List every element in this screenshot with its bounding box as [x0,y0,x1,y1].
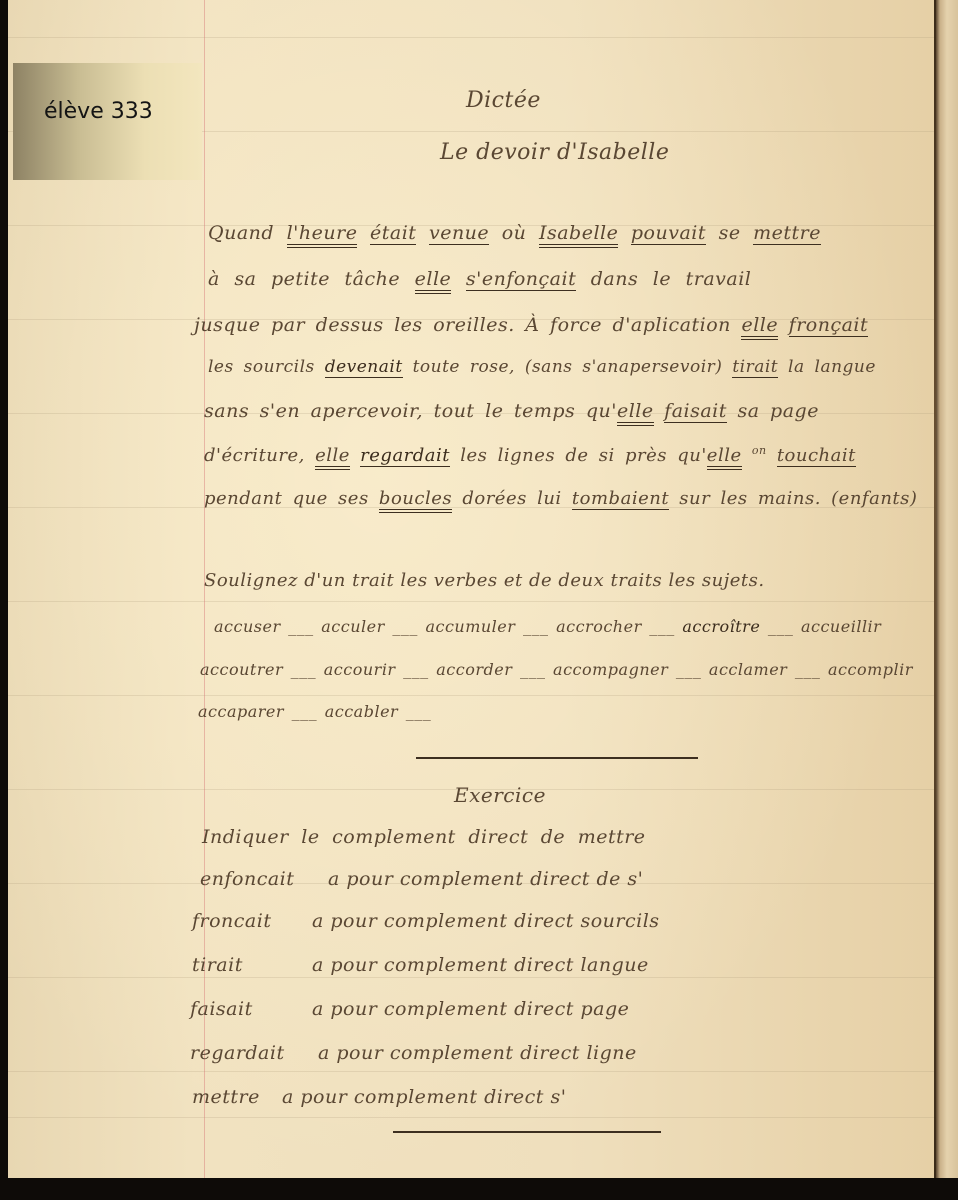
dictation-line-5: sans s'en apercevoir, tout le temps qu'e… [204,400,819,422]
word-list-row-3: accaparer ___ accabler ___ [198,702,431,721]
exercise-verb: faisait [190,998,312,1020]
word: se [719,222,741,244]
word: les sourcils [208,357,315,377]
subject-word: elle [741,314,778,340]
ruled-line [8,601,936,602]
word: d'écriture, [204,445,305,466]
word: sur les mains. (enfants) [679,488,917,509]
list-word: accompagner [553,660,668,679]
dictation-line-1: Quand l'heure était venue où Isabelle po… [208,222,821,244]
exercise-row: mettrea pour complement direct s' [192,1086,566,1108]
word: les lignes de si près qu' [460,445,707,466]
correction-insert: on [752,444,767,457]
word: sans s'en apercevoir, tout le temps qu' [204,400,617,422]
word: Quand [208,222,274,244]
list-word: accueillir [801,617,881,636]
word-list-row-2: accoutrer ___ accourir ___ accorder ___ … [200,660,913,679]
list-word: accuser [214,617,281,636]
scan-background [0,1178,958,1200]
verb-word: mettre [753,222,821,245]
subject-word: Isabelle [539,222,618,248]
exercise-title: Exercice [454,783,546,807]
verb-word: devenait [325,357,403,378]
list-word: acculer [321,617,385,636]
list-word: accomplir [828,660,913,679]
dictation-subtitle: Le devoir d'Isabelle [440,140,669,165]
dictation-line-6: d'écriture, elle regardait les lignes de… [204,444,856,466]
exercise-row: regardaita pour complement direct ligne [190,1042,637,1064]
subject-word: elle [415,268,452,294]
word: pendant que ses [204,488,369,509]
student-label-text: élève 333 [44,99,153,124]
list-word: accumuler [425,617,515,636]
page-title: Dictée [466,88,541,113]
ruled-line [8,1117,936,1118]
word-list-row-1: accuser ___ acculer ___ accumuler ___ ac… [214,617,881,636]
exercise-answer: a pour complement direct ligne [318,1042,637,1064]
ruled-line [8,977,936,978]
ruled-line [8,37,936,38]
exercise-row: tiraita pour complement direct langue [192,954,649,976]
list-word: accoutrer [200,660,283,679]
exercise-row: froncaita pour complement direct sourcil… [192,910,660,932]
word: sa page [737,400,819,422]
list-word: accabler [325,702,398,721]
list-word: accroître [682,617,760,636]
exercise-prompt: Indiquer le complement direct de mettre [202,826,646,848]
list-word: accourir [324,660,396,679]
verb-word: tombaient [572,488,669,510]
student-label: élève 333 [13,63,202,180]
verb-word: fronçait [789,314,868,337]
dictation-line-2: à sa petite tâche elle s'enfonçait dans … [208,268,751,290]
verb-word: touchait [777,445,856,467]
word: à sa petite tâche [208,268,400,290]
word: où [502,222,527,244]
instruction-text: Soulignez d'un trait les verbes et de de… [204,570,765,591]
end-divider [393,1131,661,1133]
exercise-answer: a pour complement direct sourcils [312,910,660,932]
subject-word: elle [707,445,742,470]
exercise-verb: regardait [190,1042,318,1064]
section-divider [416,757,698,759]
exercise-verb: enfoncait [200,868,328,890]
subject-word: elle [315,445,350,470]
verb-word: pouvait [631,222,706,245]
exercise-verb: froncait [192,910,312,932]
subject-word: boucles [379,488,452,513]
verb-word: tirait [732,357,778,378]
list-word: acclamer [709,660,787,679]
dictation-line-3: jusque par dessus les oreilles. À force … [194,314,868,336]
ruled-line [8,1071,936,1072]
subject-word: elle [617,400,654,426]
list-word: accaparer [198,702,284,721]
exercise-answer: a pour complement direct page [312,998,629,1020]
exercise-answer: a pour complement direct langue [312,954,649,976]
verb-word: regardait [360,445,450,467]
word: dorées lui [462,488,561,509]
dictation-line-7: pendant que ses boucles dorées lui tomba… [204,488,917,509]
exercise-answer: a pour complement direct s' [282,1086,566,1108]
word: jusque par dessus les oreilles. À force … [194,314,731,336]
exercise-answer: a pour complement direct de s' [328,868,643,890]
verb-word: s'enfonçait [466,268,576,291]
exercise-row: enfoncaita pour complement direct de s' [200,868,643,890]
exercise-verb: tirait [192,954,312,976]
facing-page-edge [936,0,958,1178]
exercise-row: faisaita pour complement direct page [190,998,629,1020]
list-word: accrocher [556,617,642,636]
word: dans le travail [591,268,752,290]
word: la langue [788,357,876,377]
word: toute rose, (sans s'anapersevoir) [413,357,723,377]
ruled-line [8,695,936,696]
subject-word: l'heure [287,222,358,248]
verb-word: faisait [664,400,727,423]
list-word: accorder [436,660,512,679]
verb-word: venue [429,222,489,245]
verb-word: était [370,222,416,245]
exercise-verb: mettre [192,1086,282,1108]
dictation-line-4: les sourcils devenait toute rose, (sans … [208,357,876,377]
